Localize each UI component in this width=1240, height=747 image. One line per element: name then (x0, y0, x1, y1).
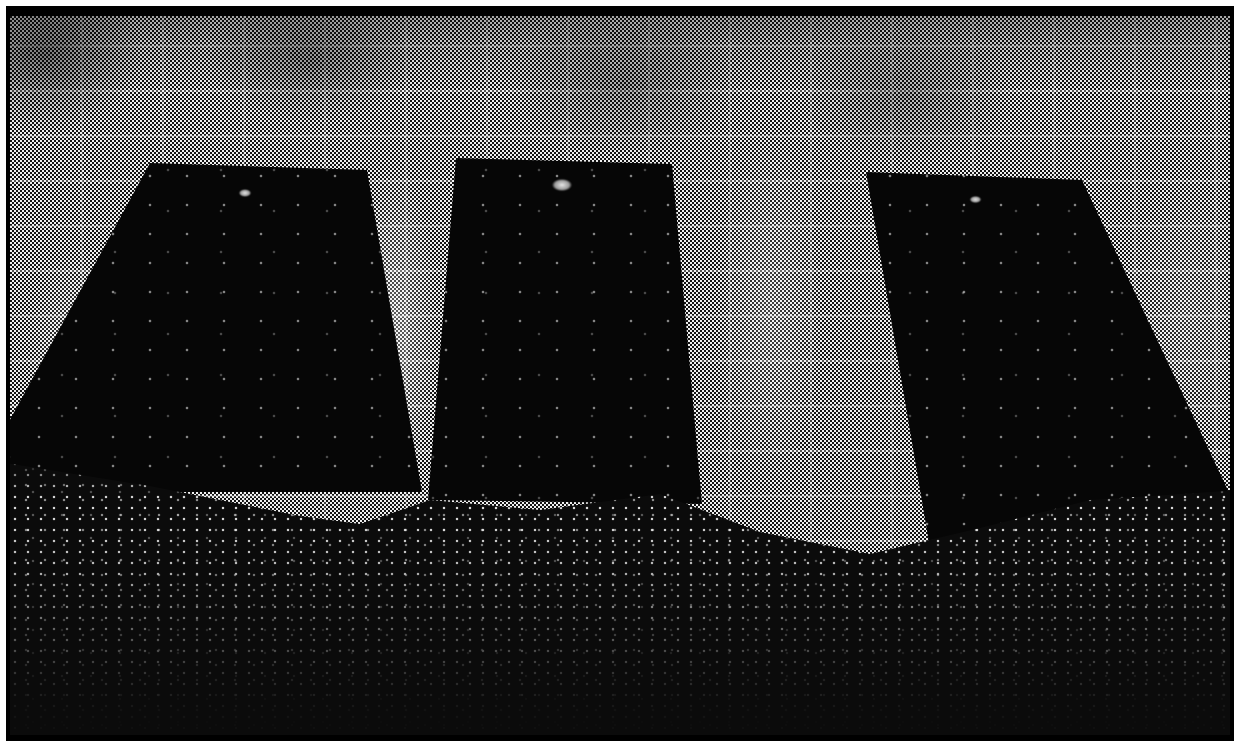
photo-canvas (0, 0, 1240, 747)
plate-middle-hang-hole-highlight (549, 177, 575, 193)
photograph (0, 0, 1240, 747)
plate-left-hang-hole-highlight (237, 188, 253, 198)
plate-right-hang-hole-highlight (968, 195, 983, 204)
